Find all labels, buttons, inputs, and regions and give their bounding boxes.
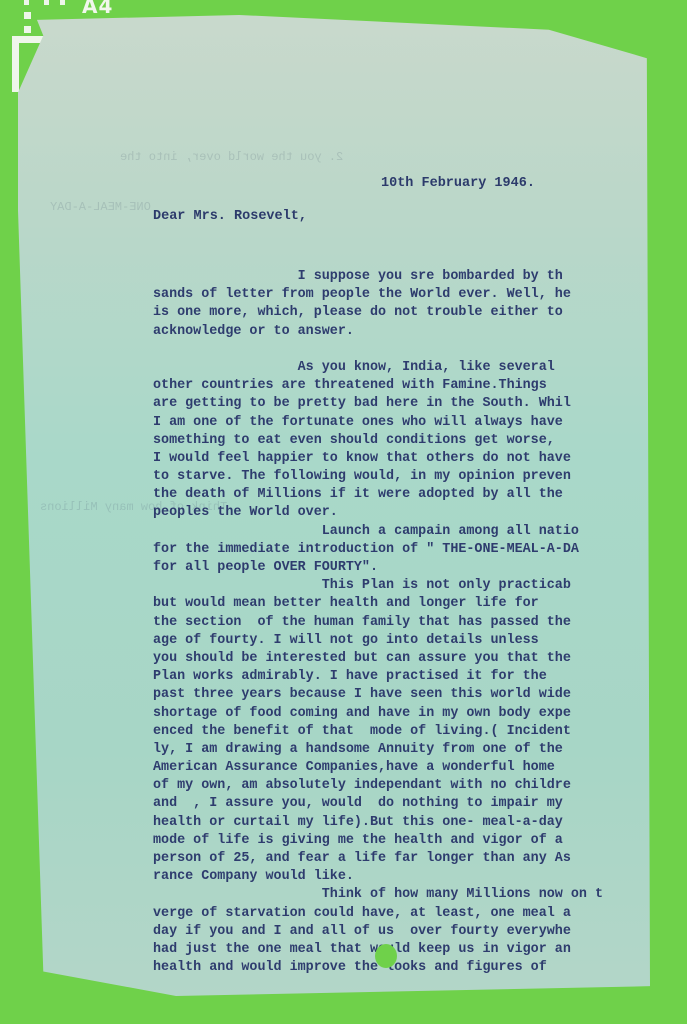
- letter-line: Think of how many Millions now on t: [153, 886, 687, 904]
- letter-line: Plan works admirably. I have practised i…: [153, 668, 687, 686]
- letter-line: shortage of food coming and have in my o…: [153, 705, 687, 723]
- letter-line: health or curtail my life).But this one-…: [153, 814, 687, 832]
- letter-line: the section of the human family that has…: [153, 614, 687, 632]
- letter-line: are getting to be pretty bad here in the…: [153, 395, 687, 413]
- letter-line: age of fourty. I will not go into detail…: [153, 632, 687, 650]
- scanner-a4-label: A4: [82, 0, 113, 18]
- letter-line: day if you and I and all of us over four…: [153, 923, 687, 941]
- letter-line: ly, I am drawing a handsome Annuity from…: [153, 741, 687, 759]
- letter-line: sands of letter from people the World ev…: [153, 286, 687, 304]
- letter-line: I would feel happier to know that others…: [153, 450, 687, 468]
- letter-line: acknowledge or to answer.: [153, 323, 687, 341]
- scanner-marker-dash: [24, 12, 31, 19]
- letter-line: Launch a campain among all natio: [153, 523, 687, 541]
- letter-line: peoples the World over.: [153, 504, 687, 522]
- letter-line: had just the one meal that would keep us…: [153, 941, 687, 959]
- letter-line: something to eat even should conditions …: [153, 432, 687, 450]
- letter-line: verge of starvation could have, at least…: [153, 905, 687, 923]
- letter-line: past three years because I have seen thi…: [153, 686, 687, 704]
- letter-line: American Assurance Companies,have a wond…: [153, 759, 687, 777]
- letter-line: This Plan is not only practicab: [153, 577, 687, 595]
- letter-line: but would mean better health and longer …: [153, 595, 687, 613]
- letter-line: mode of life is giving me the health and…: [153, 832, 687, 850]
- letter-line: the death of Millions if it were adopted…: [153, 486, 687, 504]
- letter-body: I suppose you sre bombarded by thsands o…: [153, 268, 687, 977]
- letter-line: person of 25, and fear a life far longer…: [153, 850, 687, 868]
- letter-line: health and would improve the looks and f…: [153, 959, 687, 977]
- scanner-marker-tick: [60, 0, 65, 5]
- letter-line: of my own, am absolutely independant wit…: [153, 777, 687, 795]
- letter-line: is one more, which, please do not troubl…: [153, 304, 687, 322]
- letter-line: [153, 341, 687, 359]
- letter-line: for all people OVER FOURTY".: [153, 559, 687, 577]
- scanner-marker-tick: [24, 0, 29, 5]
- punch-hole: [375, 944, 397, 968]
- letter-line: rance Company would like.: [153, 868, 687, 886]
- bleed-through-text: 2. you the world over, into the: [120, 150, 343, 164]
- letter-line: you should be interested but can assure …: [153, 650, 687, 668]
- scanner-marker-dash: [24, 26, 31, 33]
- bleed-through-text: ONE-MEAL-A-DAY: [50, 200, 151, 214]
- letter-line: and , I assure you, would do nothing to …: [153, 795, 687, 813]
- letter-line: to starve. The following would, in my op…: [153, 468, 687, 486]
- letter-line: I am one of the fortunate ones who will …: [153, 414, 687, 432]
- letter-date: 10th February 1946.: [381, 176, 535, 191]
- letter-line: other countries are threatened with Fami…: [153, 377, 687, 395]
- letter-line: enced the benefit of that mode of living…: [153, 723, 687, 741]
- letter-line: As you know, India, like several: [153, 359, 687, 377]
- scanner-marker-tick: [44, 0, 49, 5]
- letter-salutation: Dear Mrs. Rosevelt,: [153, 209, 307, 224]
- letter-line: for the immediate introduction of " THE-…: [153, 541, 687, 559]
- letter-line: I suppose you sre bombarded by th: [153, 268, 687, 286]
